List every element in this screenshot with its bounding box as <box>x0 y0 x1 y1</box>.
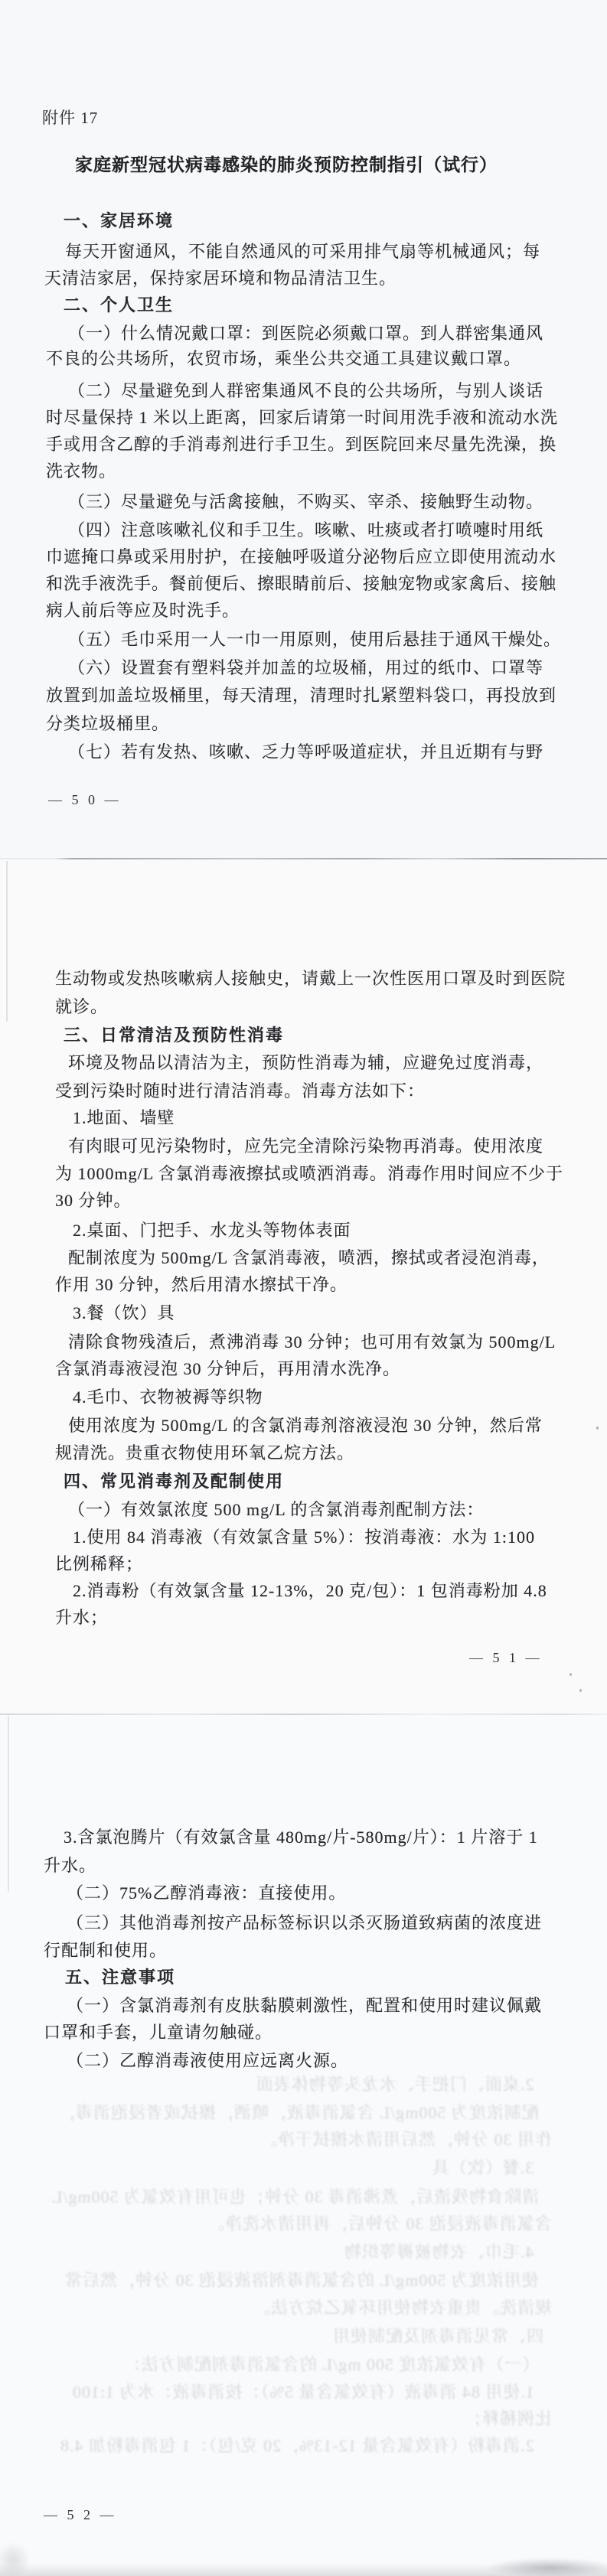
bleed-through-line: 比例稀释； <box>464 2405 552 2432</box>
page-number-50: — 5 0 — <box>48 792 122 808</box>
text-line: 放置到加盖垃圾桶里，每天清理，清理时扎紧塑料袋口，再投放到 <box>46 682 556 709</box>
page-number-52: — 5 2 — <box>44 2507 117 2523</box>
text-line: 为 1000mg/L 含氯消毒液擦拭或喷洒消毒。消毒作用时间应不少于 <box>55 1160 563 1187</box>
text-line: （四）注意咳嗽礼仪和手卫生。咳嗽、吐痰或者打喷嚏时用纸 <box>68 517 543 543</box>
text-line: 口罩和手套，儿童请勿触碰。 <box>44 2019 272 2046</box>
bleed-through-line: （一）有效氯浓度 500 mg/L 的含氯消毒剂配制方法： <box>123 2351 539 2378</box>
section-heading: 四、常见消毒剂及配制使用 <box>64 1468 284 1495</box>
text-line: 2.桌面、门把手、水龙头等物体表面 <box>73 1217 351 1244</box>
bleed-through-line: 作用 30 分钟，然后用清水擦拭干净。 <box>259 2126 552 2153</box>
scan-corner-smudge <box>485 2558 607 2576</box>
text-line: （五）毛巾采用一人一巾一用原则，使用后悬挂于通风干燥处。 <box>68 626 561 653</box>
attachment-label: 附件 17 <box>42 106 98 129</box>
text-line: 行配制和使用。 <box>44 1937 167 1964</box>
text-line: 升水。 <box>44 1852 96 1879</box>
text-line: 3.餐（饮）具 <box>73 1299 175 1326</box>
text-line: （三）其他消毒剂按产品标签标识以杀灭肠道致病菌的浓度进 <box>67 1909 542 1936</box>
scan-speck <box>579 1689 582 1692</box>
text-line: 清除食物残渣后，煮沸消毒 30 分钟；也可用有效氯为 500mg/L <box>68 1329 556 1355</box>
text-line: 分类垃圾桶里。 <box>46 710 169 737</box>
bleed-through-line: 配制浓度为 500mg/L 含氯消毒液，喷洒，擦拭或者浸泡消毒， <box>57 2099 539 2126</box>
text-line: 巾遮掩口鼻或采用肘护，在接触呼吸道分泌物后应立即使用流动水 <box>46 543 556 570</box>
bleed-through-line: 清除食物残渣后，煮沸消毒 30 分钟；也可用有效氯为 500mg/L <box>51 2183 539 2210</box>
text-line: 洗衣物。 <box>46 458 116 484</box>
text-line: （六）设置套有塑料袋并加盖的垃圾桶，用过的纸巾、口罩等 <box>68 654 543 681</box>
text-line: 和洗手液洗手。餐前便后、擦眼睛前后、接触宠物或家禽后、接触 <box>46 570 556 597</box>
page-separator-line-1 <box>0 858 607 859</box>
text-line: （一）含氯消毒剂有皮肤黏膜刺激性，配置和使用时建议佩戴 <box>67 1992 542 2019</box>
bleed-through-line: 四、常见消毒剂及配制使用 <box>332 2323 543 2349</box>
text-line: 2.消毒粉（有效氯含量 12-13%，20 克/包）：1 包消毒粉加 4.8 <box>73 1577 547 1604</box>
section-heading: 五、注意事项 <box>65 1964 175 1991</box>
bleed-through-line: 2.消毒粉（有效氯含量 12-13%，20 克/包）：1 包消毒粉加 4.8 <box>60 2432 534 2459</box>
scan-speck <box>596 1427 599 1430</box>
text-line: 手或用含乙醇的手消毒剂进行手卫生。到医院回来尽量先洗澡，换 <box>46 431 556 458</box>
text-line: 环境及物品以清洁为主，预防性消毒为辅，应避免过度消毒， <box>68 1049 543 1076</box>
text-line: 使用浓度为 500mg/L 的含氯消毒剂溶液浸泡 30 分钟，然后常 <box>68 1412 543 1439</box>
page-number-51: — 5 1 — <box>469 1650 543 1666</box>
bleed-through-line: 4.毛巾、衣物被褥等织物 <box>344 2239 534 2265</box>
bleed-through-line: 使用浓度为 500mg/L 的含氯消毒剂溶液浸泡 30 分钟，然后常 <box>64 2267 539 2294</box>
bleed-through-line: 规清洗。贵重衣物使用环氧乙烷方法。 <box>253 2294 552 2321</box>
text-line: 规清洗。贵重衣物使用环氧乙烷方法。 <box>55 1440 354 1466</box>
scanned-document: 附件 17 家庭新型冠状病毒感染的肺炎预防控制指引（试行） 一、家居环境每天开窗… <box>0 0 607 2576</box>
scan-edge-artifact <box>8 1716 9 1892</box>
text-line: （一）什么情况戴口罩：到医院必须戴口罩。到人群密集通风 <box>68 320 543 347</box>
bleed-through-line: 3.餐（饮）具 <box>432 2154 534 2181</box>
text-line: 配制浓度为 500mg/L 含氯消毒液，喷洒，擦拭或者浸泡消毒， <box>68 1244 550 1271</box>
text-line: （一）有效氯浓度 500 mg/L 的含氯消毒剂配制方法： <box>68 1496 484 1523</box>
text-line: （七）若有发热、咳嗽、乏力等呼吸道症状，并且近期有与野 <box>68 739 543 765</box>
text-line: 1.地面、墙壁 <box>73 1104 175 1131</box>
text-line: 有肉眼可见污染物时，应先完全清除污染物再消毒。使用浓度 <box>68 1133 543 1159</box>
scan-edge-artifact <box>6 861 8 1022</box>
page-separator-line-2 <box>0 1714 607 1715</box>
text-line: （三）尽量避免与活禽接触，不购买、宰杀、接触野生动物。 <box>68 488 543 515</box>
text-line: 时尽量保持 1 米以上距离，回家后请第一时间用洗手液和流动水洗 <box>46 404 558 431</box>
text-line: 作用 30 分钟，然后用清水擦拭干净。 <box>55 1271 348 1298</box>
text-line: 升水； <box>55 1604 108 1631</box>
text-line: 受到污染时随时进行清洁消毒。消毒方法如下： <box>55 1078 425 1104</box>
scanned-page-51: 生动物或发热咳嗽病人接触史，请戴上一次性医用口罩及时到医院就诊。三、日常清洁及预… <box>0 859 607 1714</box>
text-line: 30 分钟。 <box>55 1187 132 1214</box>
section-heading: 二、个人卫生 <box>64 292 174 318</box>
text-line: 3.含氯泡腾片（有效氯含量 480mg/片-580mg/片）：1 片溶于 1 <box>64 1824 538 1850</box>
scan-corner-smudge <box>0 2542 31 2576</box>
text-line: 病人前后等应及时洗手。 <box>46 597 240 624</box>
bleed-through-line: 2.桌面、门把手、水龙头等物体表面 <box>256 2071 534 2098</box>
document-title: 家庭新型冠状病毒感染的肺炎预防控制指引（试行） <box>75 151 498 176</box>
text-line: 生动物或发热咳嗽病人接触史，请戴上一次性医用口罩及时到医院 <box>55 965 566 992</box>
section-heading: 一、家居环境 <box>64 207 174 234</box>
section-heading: 三、日常清洁及预防性消毒 <box>64 1022 284 1048</box>
text-line: （二）乙醇消毒液使用应远离火源。 <box>67 2047 348 2074</box>
text-line: （二）75%乙醇消毒液：直接使用。 <box>67 1880 346 1906</box>
text-line: 含氯消毒液浸泡 30 分钟后，再用清水洗净。 <box>55 1355 400 1382</box>
scanned-page-52: 3.含氯泡腾片（有效氯含量 480mg/片-580mg/片）：1 片溶于 1升水… <box>0 1714 607 2576</box>
text-line: 1.使用 84 消毒液（有效氯含量 5%）：按消毒液：水为 1:100 <box>73 1524 535 1550</box>
text-line: 比例稀释； <box>55 1550 143 1577</box>
text-line: 就诊。 <box>55 993 108 1020</box>
scan-speck <box>569 1673 572 1676</box>
text-line: 4.毛巾、衣物被褥等织物 <box>73 1384 263 1410</box>
text-line: 每天开窗通风，不能自然通风的可采用排气扇等机械通风；每 <box>65 238 540 265</box>
bleed-through-line: 含氯消毒液浸泡 30 分钟后，再用清水洗净。 <box>207 2210 552 2237</box>
text-line: （二）尽量避免到人群密集通风不良的公共场所，与别人谈话 <box>68 377 543 404</box>
scanned-page-50: 附件 17 家庭新型冠状病毒感染的肺炎预防控制指引（试行） 一、家居环境每天开窗… <box>0 0 607 859</box>
text-line: 不良的公共场所，农贸市场，乘坐公共交通工具建议戴口罩。 <box>46 345 521 372</box>
bleed-through-line: 1.使用 84 消毒液（有效氯含量 5%）：按消毒液：水为 1:100 <box>72 2379 534 2405</box>
text-line: 天清洁家居，保持家居环境和物品清洁卫生。 <box>44 265 397 292</box>
